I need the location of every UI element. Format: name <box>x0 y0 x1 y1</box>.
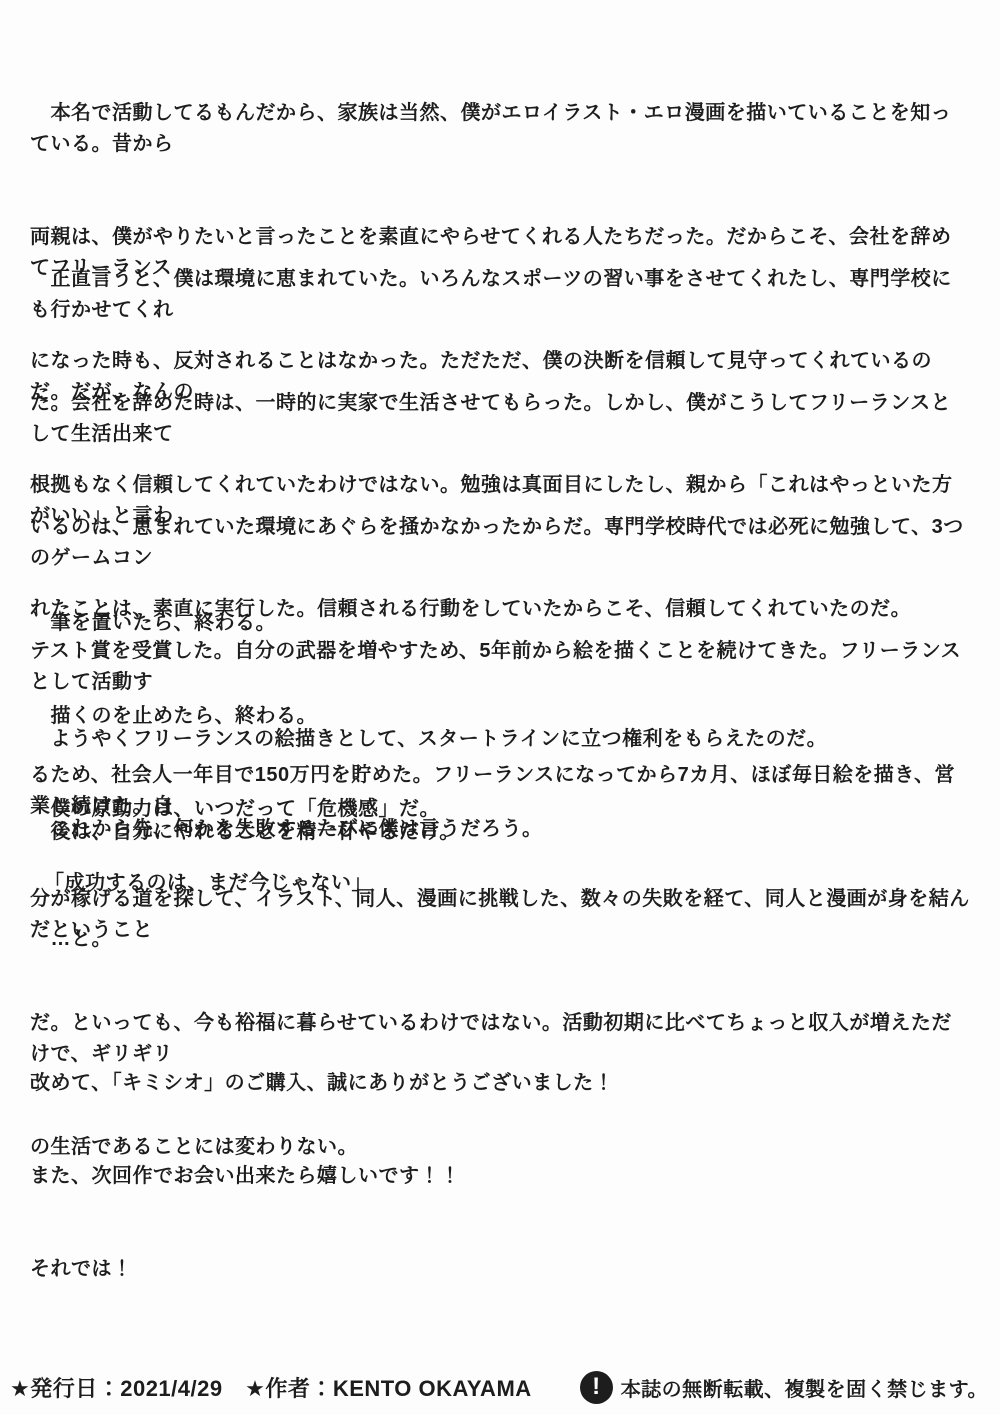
text-line: 正直言うと、僕は環境に恵まれていた。いろんなスポーツの習い事をさせてくれたし、専… <box>30 264 970 326</box>
text-line: た。会社を辞めた時は、一時的に実家で生活させてもらった。しかし、僕がこうしてフリ… <box>30 388 970 450</box>
afterword-page: 本名で活動してるもんだから、家族は当然、僕がエロイラスト・エロ漫画を描いているこ… <box>0 0 1000 1415</box>
text-line: 改めて、「キミシオ」のご購入、誠にありがとうございました！ <box>30 1068 970 1099</box>
text-line: 筆を置いたら、終わる。 <box>30 608 970 639</box>
text-line: ようやくフリーランスの絵描きとして、スタートラインに立つ権利をもらえたのだ。 <box>30 724 970 755</box>
publication-info: ★発行日：2021/4/29 ★作者：KENTO OKAYAMA <box>10 1372 532 1403</box>
text-line: それでは！ <box>30 1254 970 1285</box>
text-line: また、次回作でお会い出来たら嬉しいです！！ <box>30 1161 970 1192</box>
footer-colophon: ★発行日：2021/4/29 ★作者：KENTO OKAYAMA ! 本誌の無断… <box>0 1366 1000 1408</box>
text-line: 本名で活動してるもんだから、家族は当然、僕がエロイラスト・エロ漫画を描いているこ… <box>30 98 970 160</box>
exclamation-circle-icon: ! <box>580 1371 613 1404</box>
copyright-notice: ! 本誌の無断転載、複製を固く禁じます。 <box>580 1371 988 1404</box>
paragraph-ellipsis: …と。 <box>30 862 970 1017</box>
paragraph-closing-thanks: 改めて、「キミシオ」のご購入、誠にありがとうございました！ また、次回作でお会い… <box>30 1006 970 1347</box>
text-line: …と。 <box>30 924 970 955</box>
copyright-warning: 本誌の無断転載、複製を固く禁じます。 <box>621 1373 988 1402</box>
